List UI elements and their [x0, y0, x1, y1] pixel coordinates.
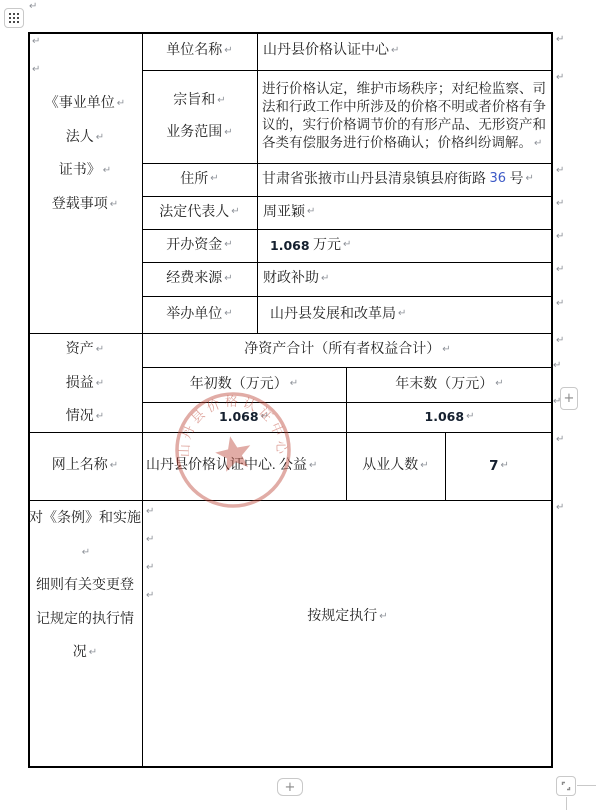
value-legal-rep: 周亚颖↵ — [257, 196, 553, 229]
grid-dots-icon — [9, 13, 19, 23]
address-number: 36 — [490, 171, 507, 187]
side-label-line: 法人↵ — [28, 121, 142, 155]
row-end-mark: ↵ — [556, 434, 564, 445]
guide-line — [577, 785, 596, 786]
table-move-handle-button[interactable] — [4, 8, 24, 28]
resize-corner-icon — [560, 780, 572, 792]
side-label-line: 况↵ — [28, 636, 142, 670]
document-page: ↵ ↵ ↵ 《事业单位↵ 法人↵ 证书》↵ 登载事项↵ 单位名称↵ 山丹县价格认… — [0, 0, 596, 810]
plus-icon: + — [285, 780, 296, 795]
paragraph-mark: ↵ — [146, 506, 154, 517]
paragraph-mark: ↵ — [343, 239, 351, 252]
label-funding: 经费来源↵ — [142, 262, 257, 296]
row-end-mark: ↵ — [556, 298, 564, 309]
row-end-mark: ↵ — [556, 198, 564, 209]
paragraph-mark: ↵ — [146, 562, 154, 573]
table-resize-handle-button[interactable] — [556, 776, 576, 796]
paragraph-mark: ↵ — [309, 460, 317, 473]
insert-column-plus-button[interactable]: + — [560, 387, 578, 410]
paragraph-mark: ↵ — [231, 206, 239, 219]
paragraph-mark: ↵ — [146, 590, 154, 601]
paragraph-mark: ↵ — [290, 378, 298, 391]
paragraph-mark: ↵ — [495, 378, 503, 391]
label-legal-rep: 法定代表人↵ — [142, 196, 257, 229]
label-capital: 开办资金↵ — [142, 229, 257, 262]
paragraph-mark: ↵ — [224, 239, 232, 252]
value-unit-name: 山丹县价格认证中心↵ — [257, 32, 553, 70]
paragraph-mark: ↵ — [379, 611, 387, 624]
guide-line — [566, 797, 567, 810]
paragraph-mark: ↵ — [110, 199, 118, 210]
side-label-line: 细则有关变更登 — [28, 569, 142, 603]
paragraph-mark: ↵ — [96, 411, 104, 422]
label-mission: 宗旨和↵ 业务范围↵ — [142, 70, 257, 163]
assets-col-end: 年末数（万元）↵ — [346, 367, 553, 402]
assets-col-begin: 年初数（万元）↵ — [142, 367, 346, 402]
paragraph-mark: ↵ — [442, 344, 450, 357]
value-organizer: 山丹县发展和改革局↵ — [257, 296, 553, 333]
paragraph-mark: ↵ — [117, 98, 125, 109]
side-label-line: 登载事项↵ — [28, 188, 142, 222]
row-end-mark: ↵ — [556, 165, 564, 176]
certificate-side-label: 《事业单位↵ 法人↵ 证书》↵ 登载事项↵ — [28, 32, 142, 333]
label-address: 住所↵ — [142, 163, 257, 196]
label-online-name: 网上名称↵ — [28, 432, 142, 500]
paragraph-mark: ↵ — [210, 173, 218, 186]
side-label-line: 《事业单位↵ — [28, 87, 142, 121]
paragraph-mark: ↵ — [82, 547, 90, 558]
paragraph-mark: ↵ — [224, 273, 232, 286]
value-mission: 进行价格认定，维护市场秩序；对纪检监察、司法和行政工作中所涉及的价格不明或者价格… — [257, 70, 553, 163]
paragraph-mark: ↵ — [526, 173, 534, 186]
side-label-line: 证书》↵ — [28, 154, 142, 188]
paragraph-mark: ↵ — [103, 165, 111, 176]
paragraph-mark: ↵ — [224, 127, 232, 138]
compliance-side-label: 对《条例》和实施↵ 细则有关变更登 记规定的执行情 况↵ — [28, 500, 142, 768]
value-address: 甘肃省张掖市山丹县清泉镇县府街路 36 号↵ — [257, 163, 553, 196]
assets-value-end: 1.068↵ — [346, 402, 553, 432]
paragraph-mark: ↵ — [224, 45, 232, 58]
row-end-mark: ↵ — [556, 335, 564, 346]
paragraph-mark: ↵ — [307, 206, 315, 219]
paragraph-mark: ↵ — [466, 411, 474, 424]
paragraph-mark: ↵ — [96, 132, 104, 143]
paragraph-mark: ↵ — [96, 344, 104, 355]
row-end-mark: ↵ — [556, 231, 564, 242]
label-organizer: 举办单位↵ — [142, 296, 257, 333]
paragraph-mark: ↵ — [224, 308, 232, 321]
paragraph-mark: ↵ — [398, 308, 406, 321]
assets-value-begin: 1.068↵ — [142, 402, 346, 432]
paragraph-mark: ↵ — [146, 534, 154, 545]
plus-icon: + — [564, 391, 575, 406]
paragraph-mark: ↵ — [217, 95, 225, 106]
side-label-line: 对《条例》和实施↵ — [28, 502, 142, 569]
paragraph-mark: ↵ — [321, 273, 329, 286]
label-staff-count: 从业人数↵ — [346, 432, 445, 500]
side-label-line: 损益↵ — [28, 367, 142, 401]
paragraph-mark: ↵ — [501, 460, 509, 473]
assets-header: 净资产合计（所有者权益合计）↵ — [142, 333, 553, 367]
paragraph-mark: ↵ — [261, 411, 269, 424]
row-end-mark: ↵ — [556, 34, 564, 45]
paragraph-mark: ↵ — [29, 1, 37, 12]
value-staff-count: 7↵ — [445, 432, 553, 500]
assets-side-label: 资产↵ 损益↵ 情况↵ — [28, 333, 142, 432]
insert-row-plus-button[interactable]: + — [277, 778, 303, 796]
paragraph-mark: ↵ — [420, 460, 428, 473]
paragraph-mark: ↵ — [89, 647, 97, 658]
row-end-mark: ↵ — [556, 264, 564, 275]
value-online-name: 山丹县价格认证中心. 公益↵ — [142, 432, 346, 500]
label-unit-name: 单位名称↵ — [142, 32, 257, 70]
paragraph-mark: ↵ — [96, 378, 104, 389]
value-funding: 财政补助↵ — [257, 262, 553, 296]
paragraph-mark: ↵ — [391, 45, 399, 58]
row-end-mark: ↵ — [553, 360, 561, 371]
value-capital: 1.068 万元↵ — [257, 229, 553, 262]
side-label-line: 资产↵ — [28, 333, 142, 367]
side-label-line: 记规定的执行情 — [28, 603, 142, 637]
capital-amount: 1.068 — [270, 238, 310, 254]
row-end-mark: ↵ — [556, 72, 564, 83]
row-end-mark: ↵ — [556, 502, 564, 513]
paragraph-mark: ↵ — [110, 460, 118, 473]
paragraph-mark: ↵ — [534, 138, 542, 149]
side-label-line: 情况↵ — [28, 400, 142, 434]
compliance-value: 按规定执行↵ — [142, 606, 553, 628]
